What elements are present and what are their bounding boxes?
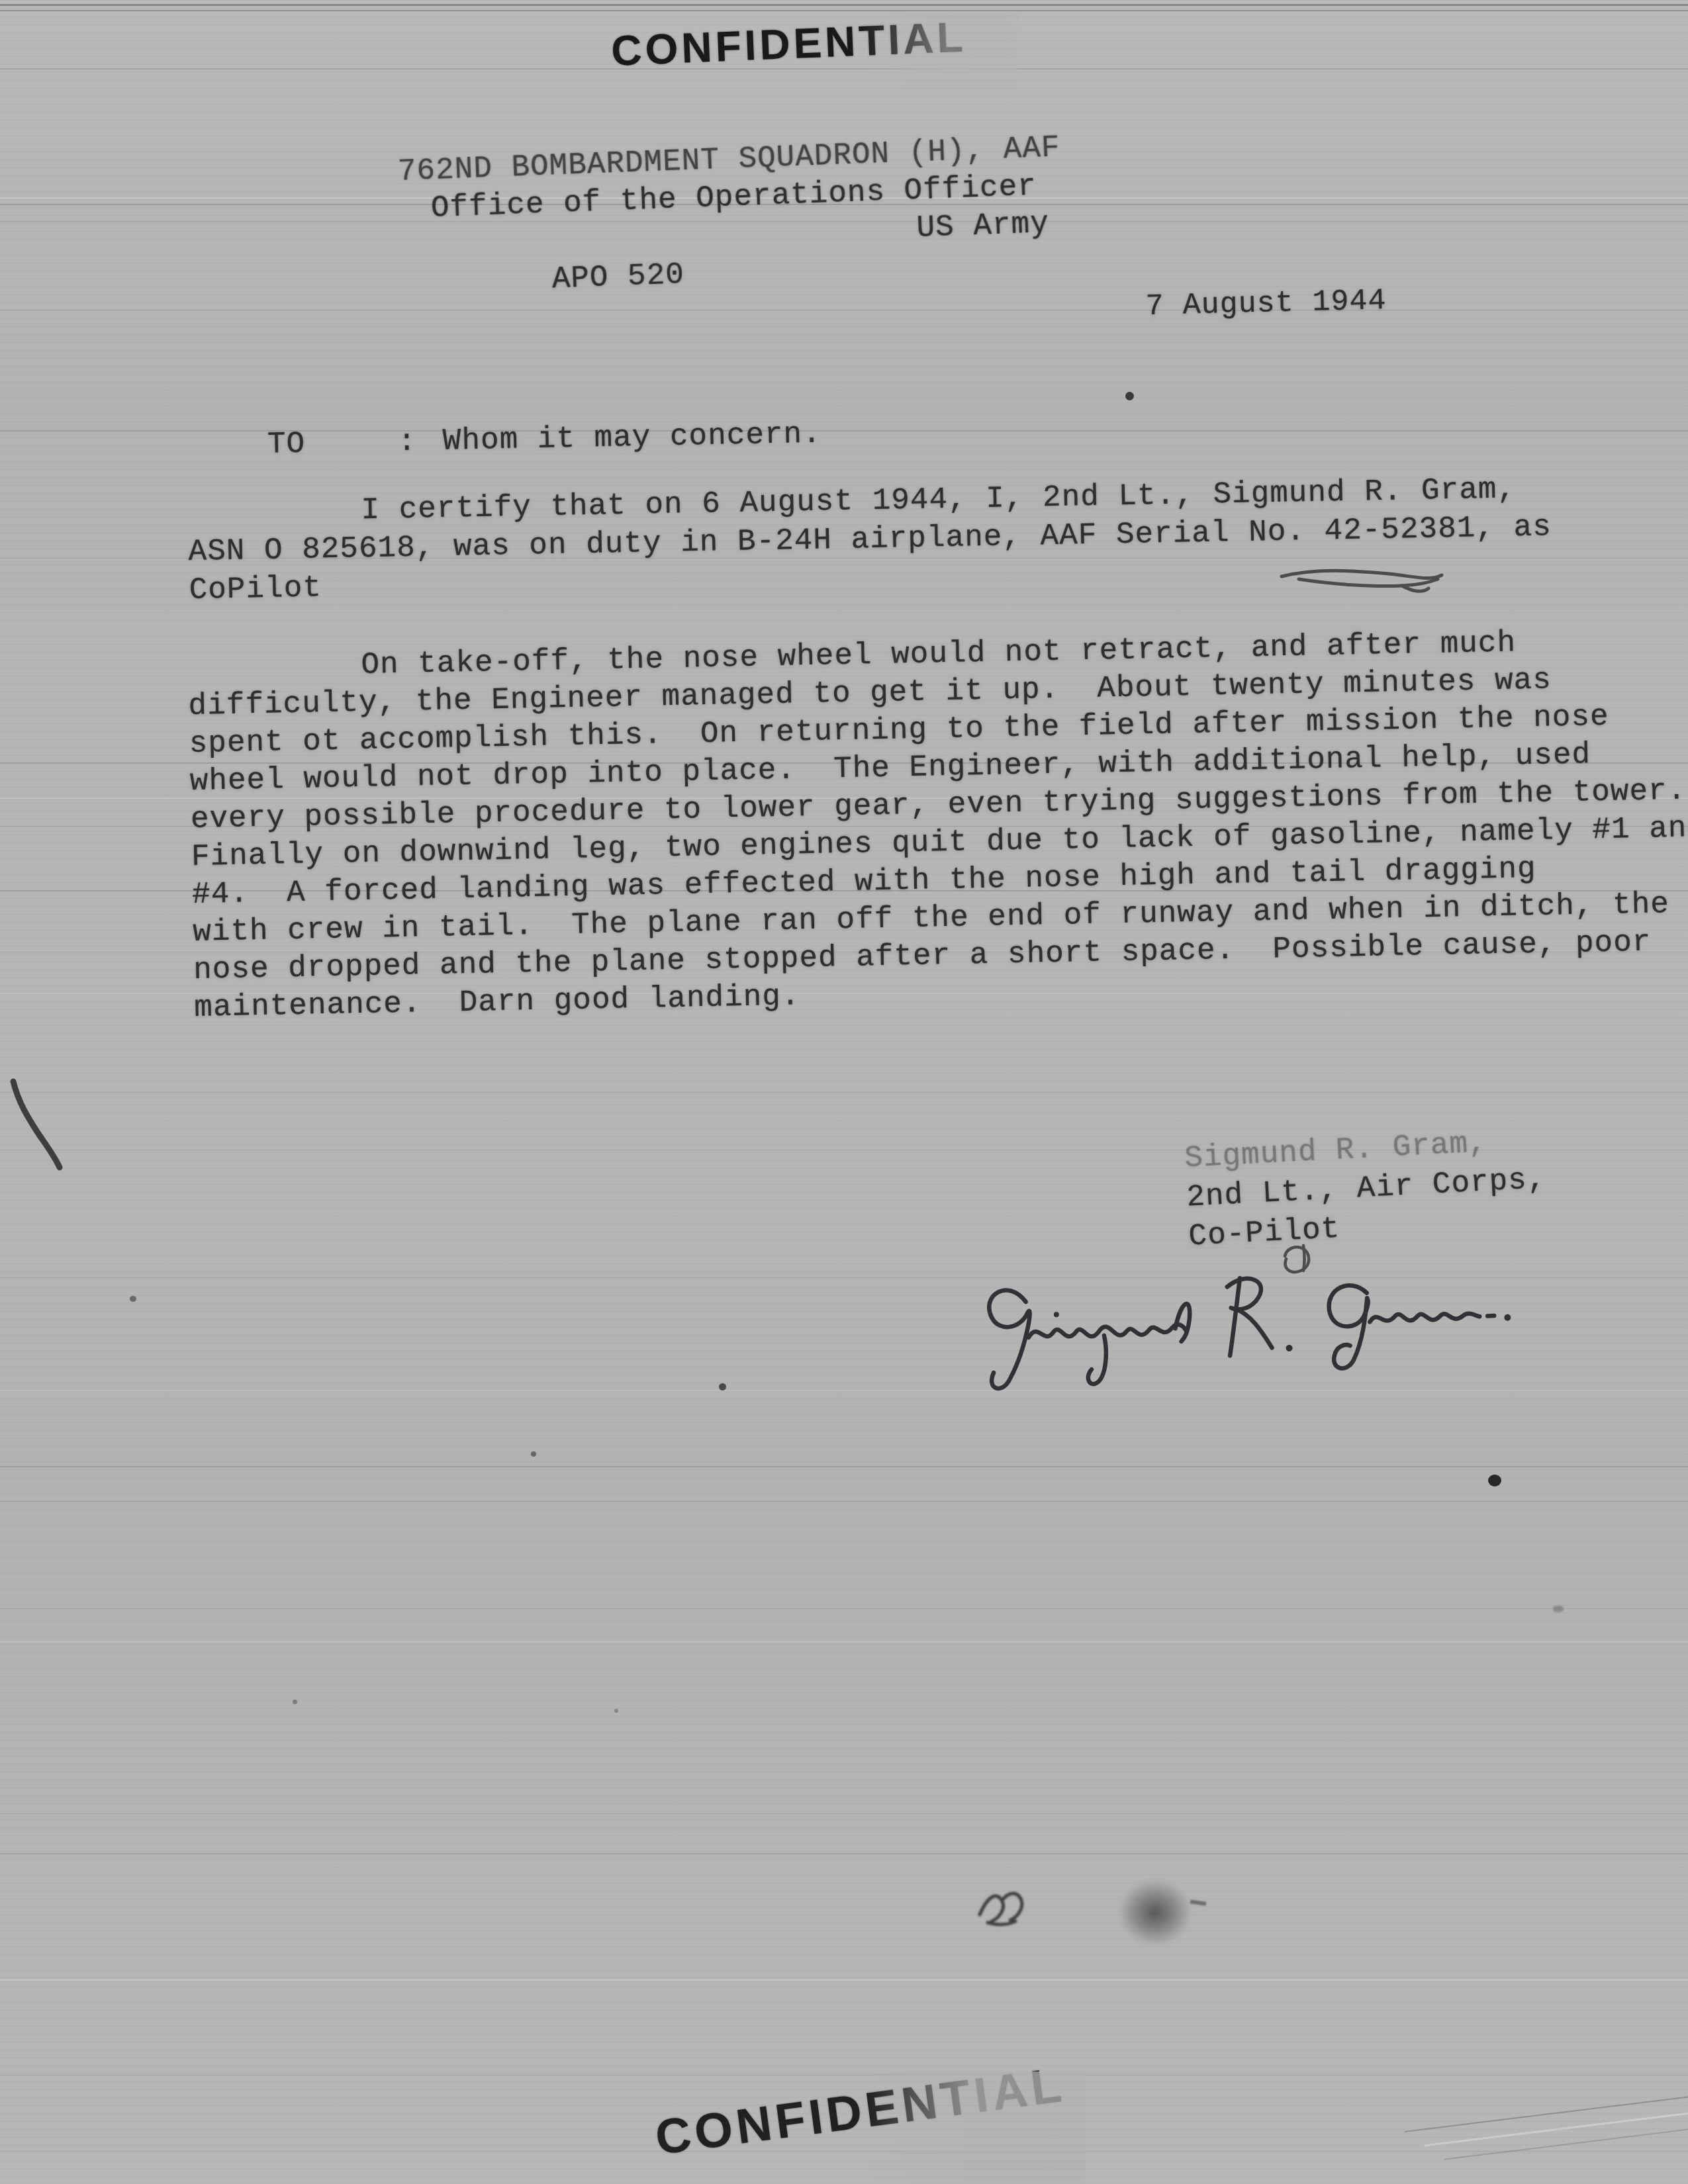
scan-streak [0,1466,1688,1467]
ink-smudge-dash [1190,1899,1207,1905]
scan-streak [0,68,1688,69]
ink-smudge-scribble [968,1876,1041,1933]
scan-streak [0,1390,1688,1391]
ink-speck [719,1383,726,1390]
ink-speck [1488,1475,1501,1486]
ink-speck [614,1709,618,1713]
scan-streak [0,10,1688,11]
to-value: Whom it may concern. [442,417,821,459]
scan-streak [0,4,1688,6]
scanned-letter-page: CONFIDENTIAL 762ND BOMBARDMENT SQUADRON … [0,0,1688,2184]
scan-streak [0,1979,1688,1981]
scan-streak [0,1092,1688,1093]
to-separator: : [397,424,443,459]
pen-underline-squiggle [1272,559,1451,599]
ink-speck [531,1451,536,1457]
letterhead-us-army: US Army [916,205,1050,248]
ink-speck [1553,1606,1564,1612]
paper-scratch [1405,2094,1688,2132]
paragraph-2: On take-off, the nose wheel would not re… [187,621,1688,1027]
to-line: TO:Whom it may concern. [191,383,822,498]
confidential-stamp-top: CONFIDENTIAL [610,12,967,75]
paper-scratch [1424,2111,1688,2146]
ink-speck [130,1296,136,1302]
scan-streak [0,1853,1688,1854]
ink-speck [293,1700,297,1704]
scan-streak [0,1641,1688,1643]
paper-scratch [1444,2127,1688,2160]
handwritten-signature [960,1218,1564,1406]
scan-streak [0,2151,1688,2152]
letterhead-apo-army: APO 520 US Army [400,205,1068,380]
ink-smudge-blob [1119,1880,1192,1946]
scan-streak [0,2075,1688,2075]
scan-streak [0,1608,1688,1609]
pen-stroke-left-margin [1,1073,74,1179]
letterhead: 762ND BOMBARDMENT SQUADRON (H), AAF Offi… [397,129,1068,379]
scan-streak [0,1813,1688,1814]
to-label: TO [267,425,398,462]
scan-streak [0,1501,1688,1502]
confidential-stamp-bottom: CONFIDENTIAL [652,2056,1068,2166]
ink-speck [1125,392,1134,400]
date-line: 7 August 1944 [1145,284,1387,324]
letterhead-apo: APO 520 [551,257,685,296]
